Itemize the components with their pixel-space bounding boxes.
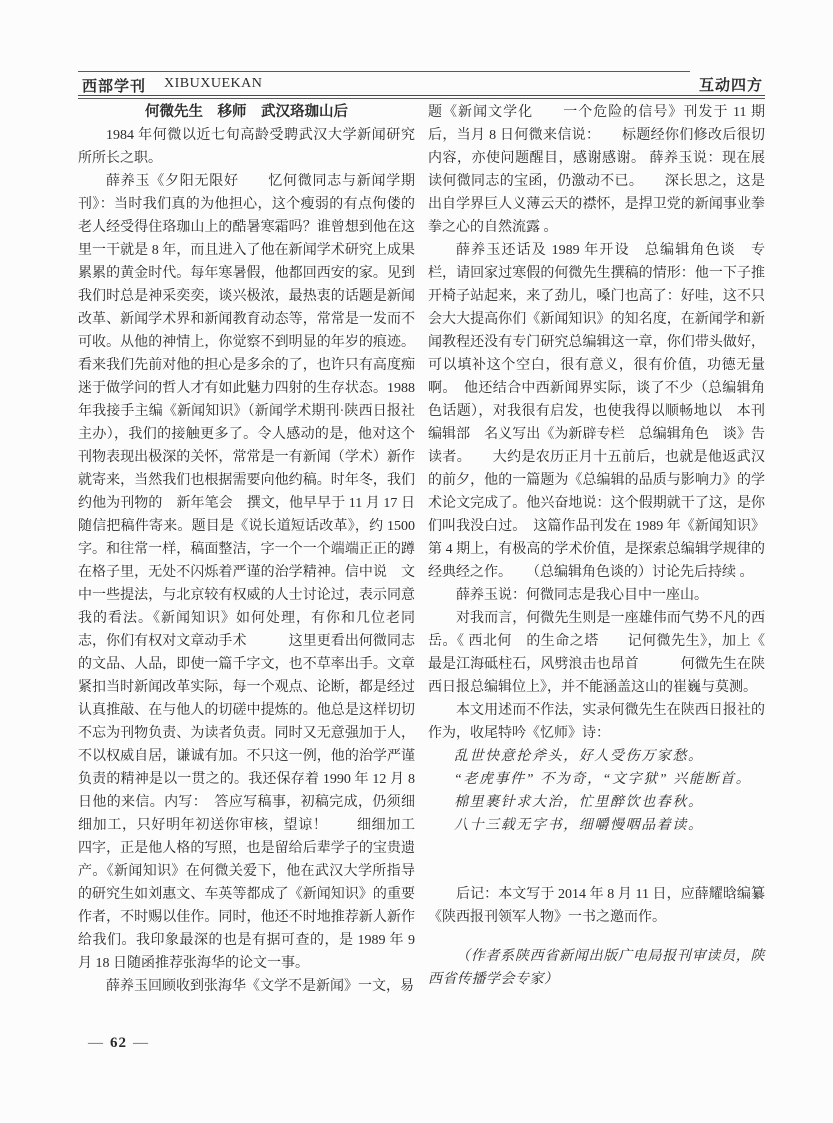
paragraph: 1984 年何微以近七旬高龄受聘武汉大学新闻研究所所长之职。 [78,124,415,170]
article-title: 何微先生 移师 武汉珞珈山后 [78,101,415,124]
footer-dash-right: — [133,1035,149,1051]
page-footer: —62— [88,1035,149,1052]
paragraph: 对我而言，何微先生则是一座雄伟而气势不凡的西岳。《 西北何 的生命之塔 记何微先… [428,607,765,699]
section-name: 互动四方 [699,74,763,95]
paragraph: 薛养玉还话及 1989 年开设 总编辑角色谈 专栏，请回家过寒假的何微先生撰稿的… [428,239,765,584]
paragraph: “老虎事件” 不为奇，“文字狱” 兴能断首。 [428,768,765,791]
paragraph: 薛养玉说：何微同志是我心目中一座山。 [428,584,765,607]
page-header: 西部学刊 XIBUXUEKAN 互动四方 [78,62,765,100]
paragraph: 八十三载无字书，细嚼慢咽品着读。 [428,814,765,837]
footer-dash-left: — [88,1035,104,1051]
paragraph: 后记：本文写于 2014 年 8 月 11 日，应薛耀晗编纂《陕西报刊领军人物》… [428,883,765,929]
paragraph: 题《新闻文学化 一个危险的信号》刊发于 11 期后，当月 8 日何微来信说： 标… [428,101,765,239]
paragraph: 薛养玉《夕阳无限好 忆何微同志与新闻学期刊》：当时我们真的为他担心，这个瘦弱的有… [78,170,415,975]
header-double-rule [78,95,765,99]
journal-name-cn: 西部学刊 [82,75,146,96]
right-column: 题《新闻文学化 一个危险的信号》刊发于 11 期后，当月 8 日何微来信说： 标… [428,101,765,998]
paragraph: 薛养玉回顾收到张海华《文学不是新闻》一文，易 [78,975,415,998]
article-body: 何微先生 移师 武汉珞珈山后 1984 年何微以近七旬高龄受聘武汉大学新闻研究所… [78,101,765,998]
header-top-rule [78,71,690,72]
paragraph: 棉里裹针求大治，忙里醉饮也春秋。 [428,791,765,814]
left-column: 何微先生 移师 武汉珞珈山后 1984 年何微以近七旬高龄受聘武汉大学新闻研究所… [78,101,415,998]
page-number: 62 [104,1035,133,1051]
journal-name-en: XIBUXUEKAN [164,76,262,92]
paragraph: 乱世快意抡斧头，好人受伤万家愁。 [428,745,765,768]
paragraph: （作者系陕西省新闻出版广电局报刊审读员，陕西省传播学会专家） [428,945,765,991]
paragraph: 本文用述而不作法，实录何微先生在陕西日报社的作为，收尾特吟《忆师》诗： [428,699,765,745]
